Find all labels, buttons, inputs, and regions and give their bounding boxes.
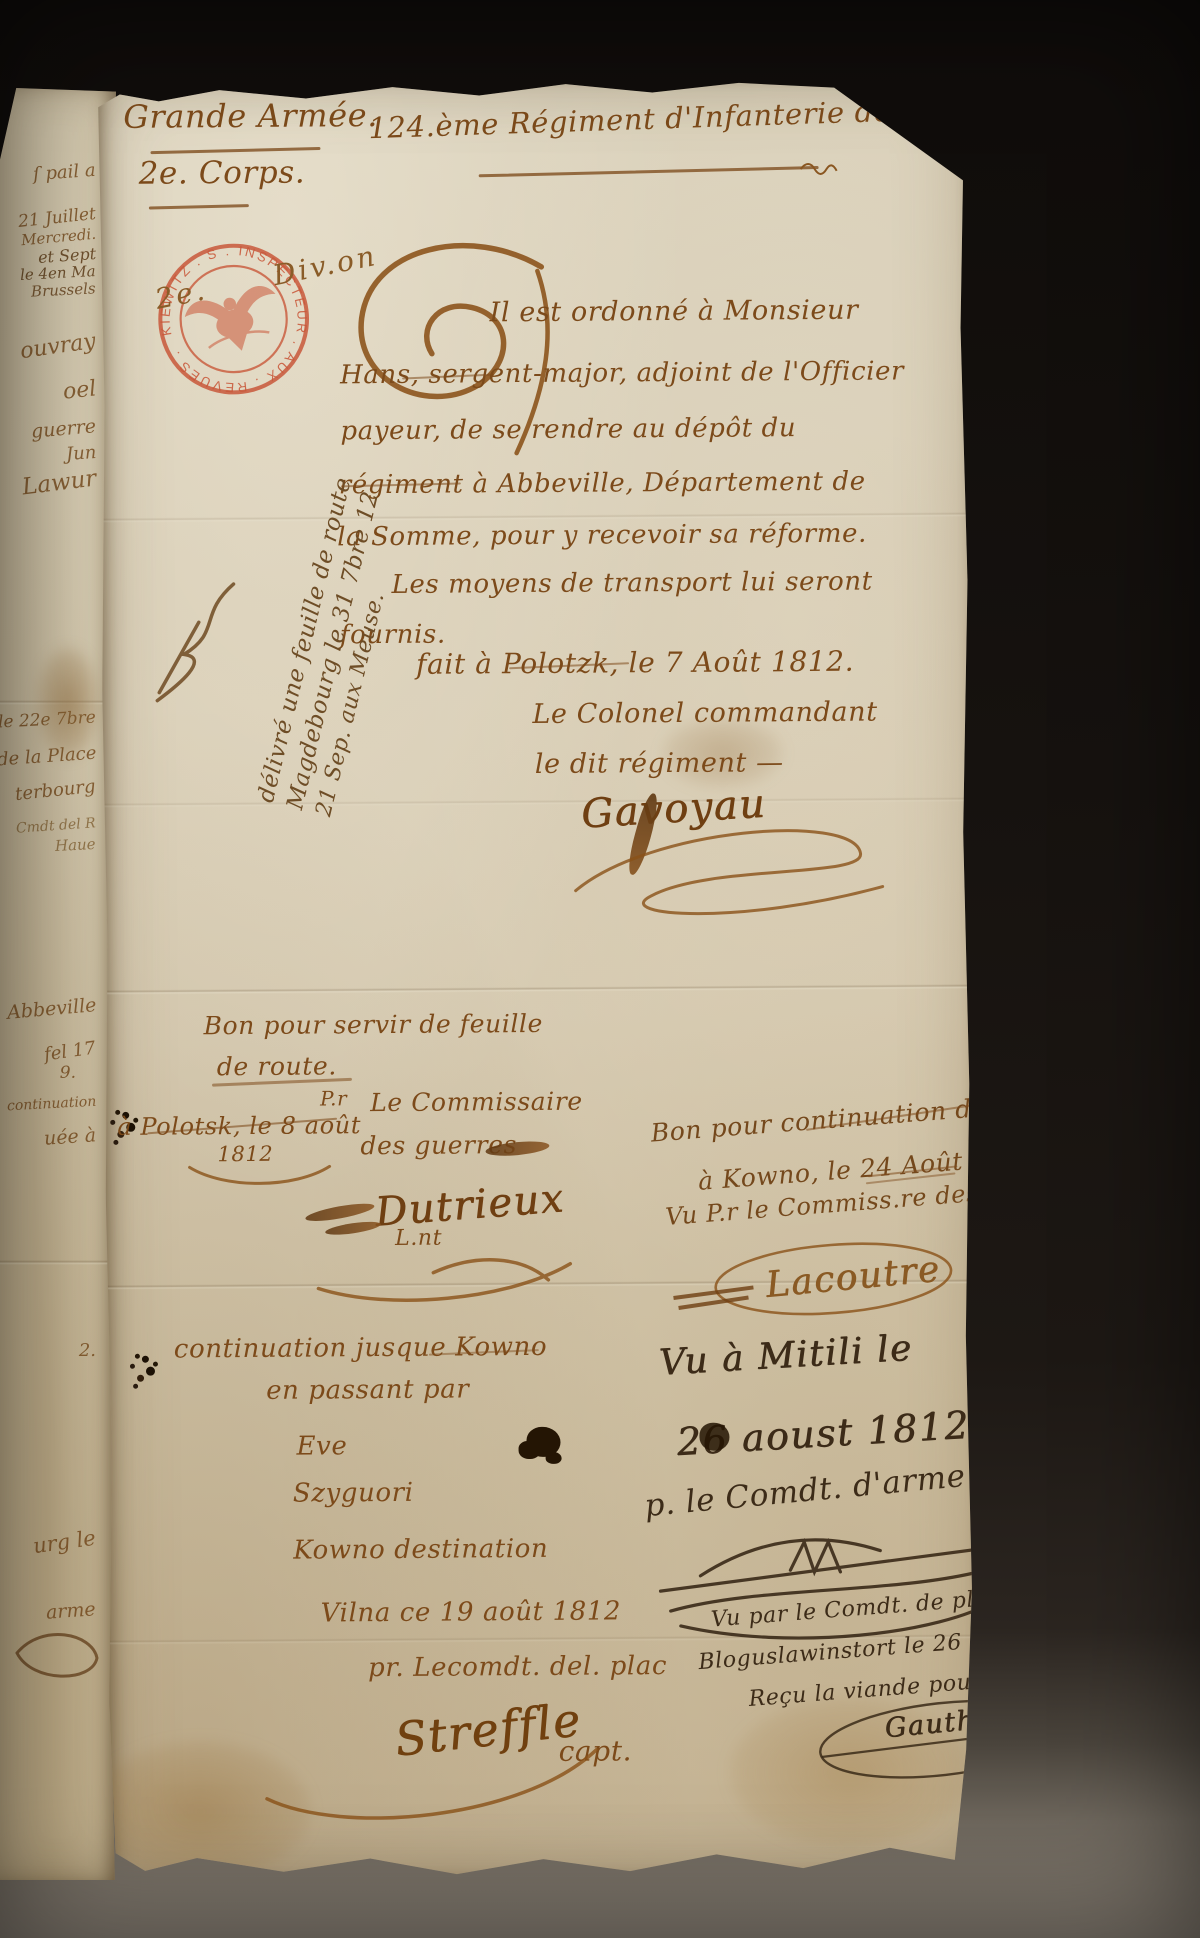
signature-flourish [262, 1742, 603, 1824]
order-signoff: le dit régiment — [535, 747, 784, 780]
army-title: Grande Armée. [123, 96, 378, 136]
polotsk-paraph: L.nt [395, 1226, 442, 1251]
mitili-line: Vu à Mitili le [658, 1328, 914, 1384]
vilna-dateline: Vilna ce 19 août 1812 [321, 1596, 622, 1628]
vilna-line: Eve [296, 1431, 347, 1461]
left-page-fragment: Jun [65, 442, 97, 465]
order-signoff: Le Colonel commandant [532, 697, 877, 730]
underline-stroke [150, 147, 320, 154]
vilna-line: continuation jusque Kowno [174, 1332, 548, 1365]
ink-blot [526, 1427, 560, 1457]
fold-crease [0, 1260, 116, 1265]
left-page-fragment: urg le [32, 1526, 98, 1559]
left-page-fragment: oel [61, 376, 97, 404]
vilna-line: en passant par [266, 1374, 469, 1405]
signature-oval [708, 1234, 959, 1321]
left-page-fragment: ouvray [19, 329, 98, 364]
order-line: la Somme, pour y recevoir sa réforme. [337, 519, 867, 553]
stain [38, 648, 98, 758]
left-page-fragment: Brussels [31, 279, 96, 300]
polotsk-visa-line: de route. [217, 1051, 337, 1081]
left-page-fragment: ſ pail a [33, 160, 97, 185]
fold-crease [103, 797, 969, 808]
underline-arc [185, 1158, 335, 1189]
left-page-fragment: fel 17 [43, 1038, 97, 1066]
polotsk-visa-line: Bon pour servir de feuille [203, 1009, 543, 1040]
left-page-fragment: terbourg [15, 776, 97, 805]
corps-title: 2e. Corps. [139, 155, 306, 192]
signature-flourish [12, 1618, 102, 1688]
order-dateline: fait à Polotzk, le 7 Août 1812. [416, 645, 854, 681]
signature-flourish [308, 1252, 578, 1314]
regiment-title: 124.ème Régiment d'Infanterie de ligne. [368, 91, 988, 146]
signature-oval [811, 1693, 1072, 1785]
inspection-stamp: KIEWITZ . S . INSPECTEUR . AUX . REVUES … [127, 221, 340, 417]
main-document-page: KIEWITZ . S . INSPECTEUR . AUX . REVUES … [98, 76, 977, 1882]
left-page-fragment: continuation [6, 1094, 96, 1115]
polotsk-par: P.r [320, 1086, 347, 1110]
underline-stroke [479, 166, 819, 177]
polotsk-officer: Le Commissaire [370, 1087, 583, 1117]
ink-speckles [135, 1354, 140, 1359]
vilna-by-line: pr. Lecomdt. del. plac [368, 1651, 667, 1683]
kowno-line: Bon pour continuation de route [650, 1087, 1068, 1148]
vilna-line: Szyguori [293, 1478, 414, 1509]
left-page-fragment: guerre [30, 415, 97, 443]
left-page-fragment: 9. [60, 1063, 76, 1083]
left-page-fragment: Abbeville [6, 994, 97, 1024]
order-line: Il est ordonné à Monsieur [490, 295, 859, 329]
left-page-fragment: uée à [43, 1124, 97, 1150]
underline-stroke [149, 204, 249, 209]
ink-smear [325, 1219, 382, 1237]
left-page-fragment: 2. [79, 1340, 96, 1361]
paraph-squiggle [799, 161, 839, 177]
vilna-line: Kowno destination [293, 1534, 548, 1566]
photo-scene: ſ pail a 21 Juillet Mercredi. et Sept le… [0, 0, 1200, 1938]
left-page-fragment: Haue [55, 835, 96, 855]
signature-flourish [560, 818, 891, 930]
left-page-fragment: Lawur [20, 466, 97, 501]
left-page-fragment: Cmdt del R [16, 815, 97, 837]
left-folded-page: ſ pail a 21 Juillet Mercredi. et Sept le… [0, 88, 116, 1880]
ink-blot [699, 1423, 729, 1451]
order-line: Les moyens de transport lui seront [391, 567, 872, 600]
fold-crease [104, 984, 970, 995]
signature-fragment-flourish [138, 574, 249, 705]
